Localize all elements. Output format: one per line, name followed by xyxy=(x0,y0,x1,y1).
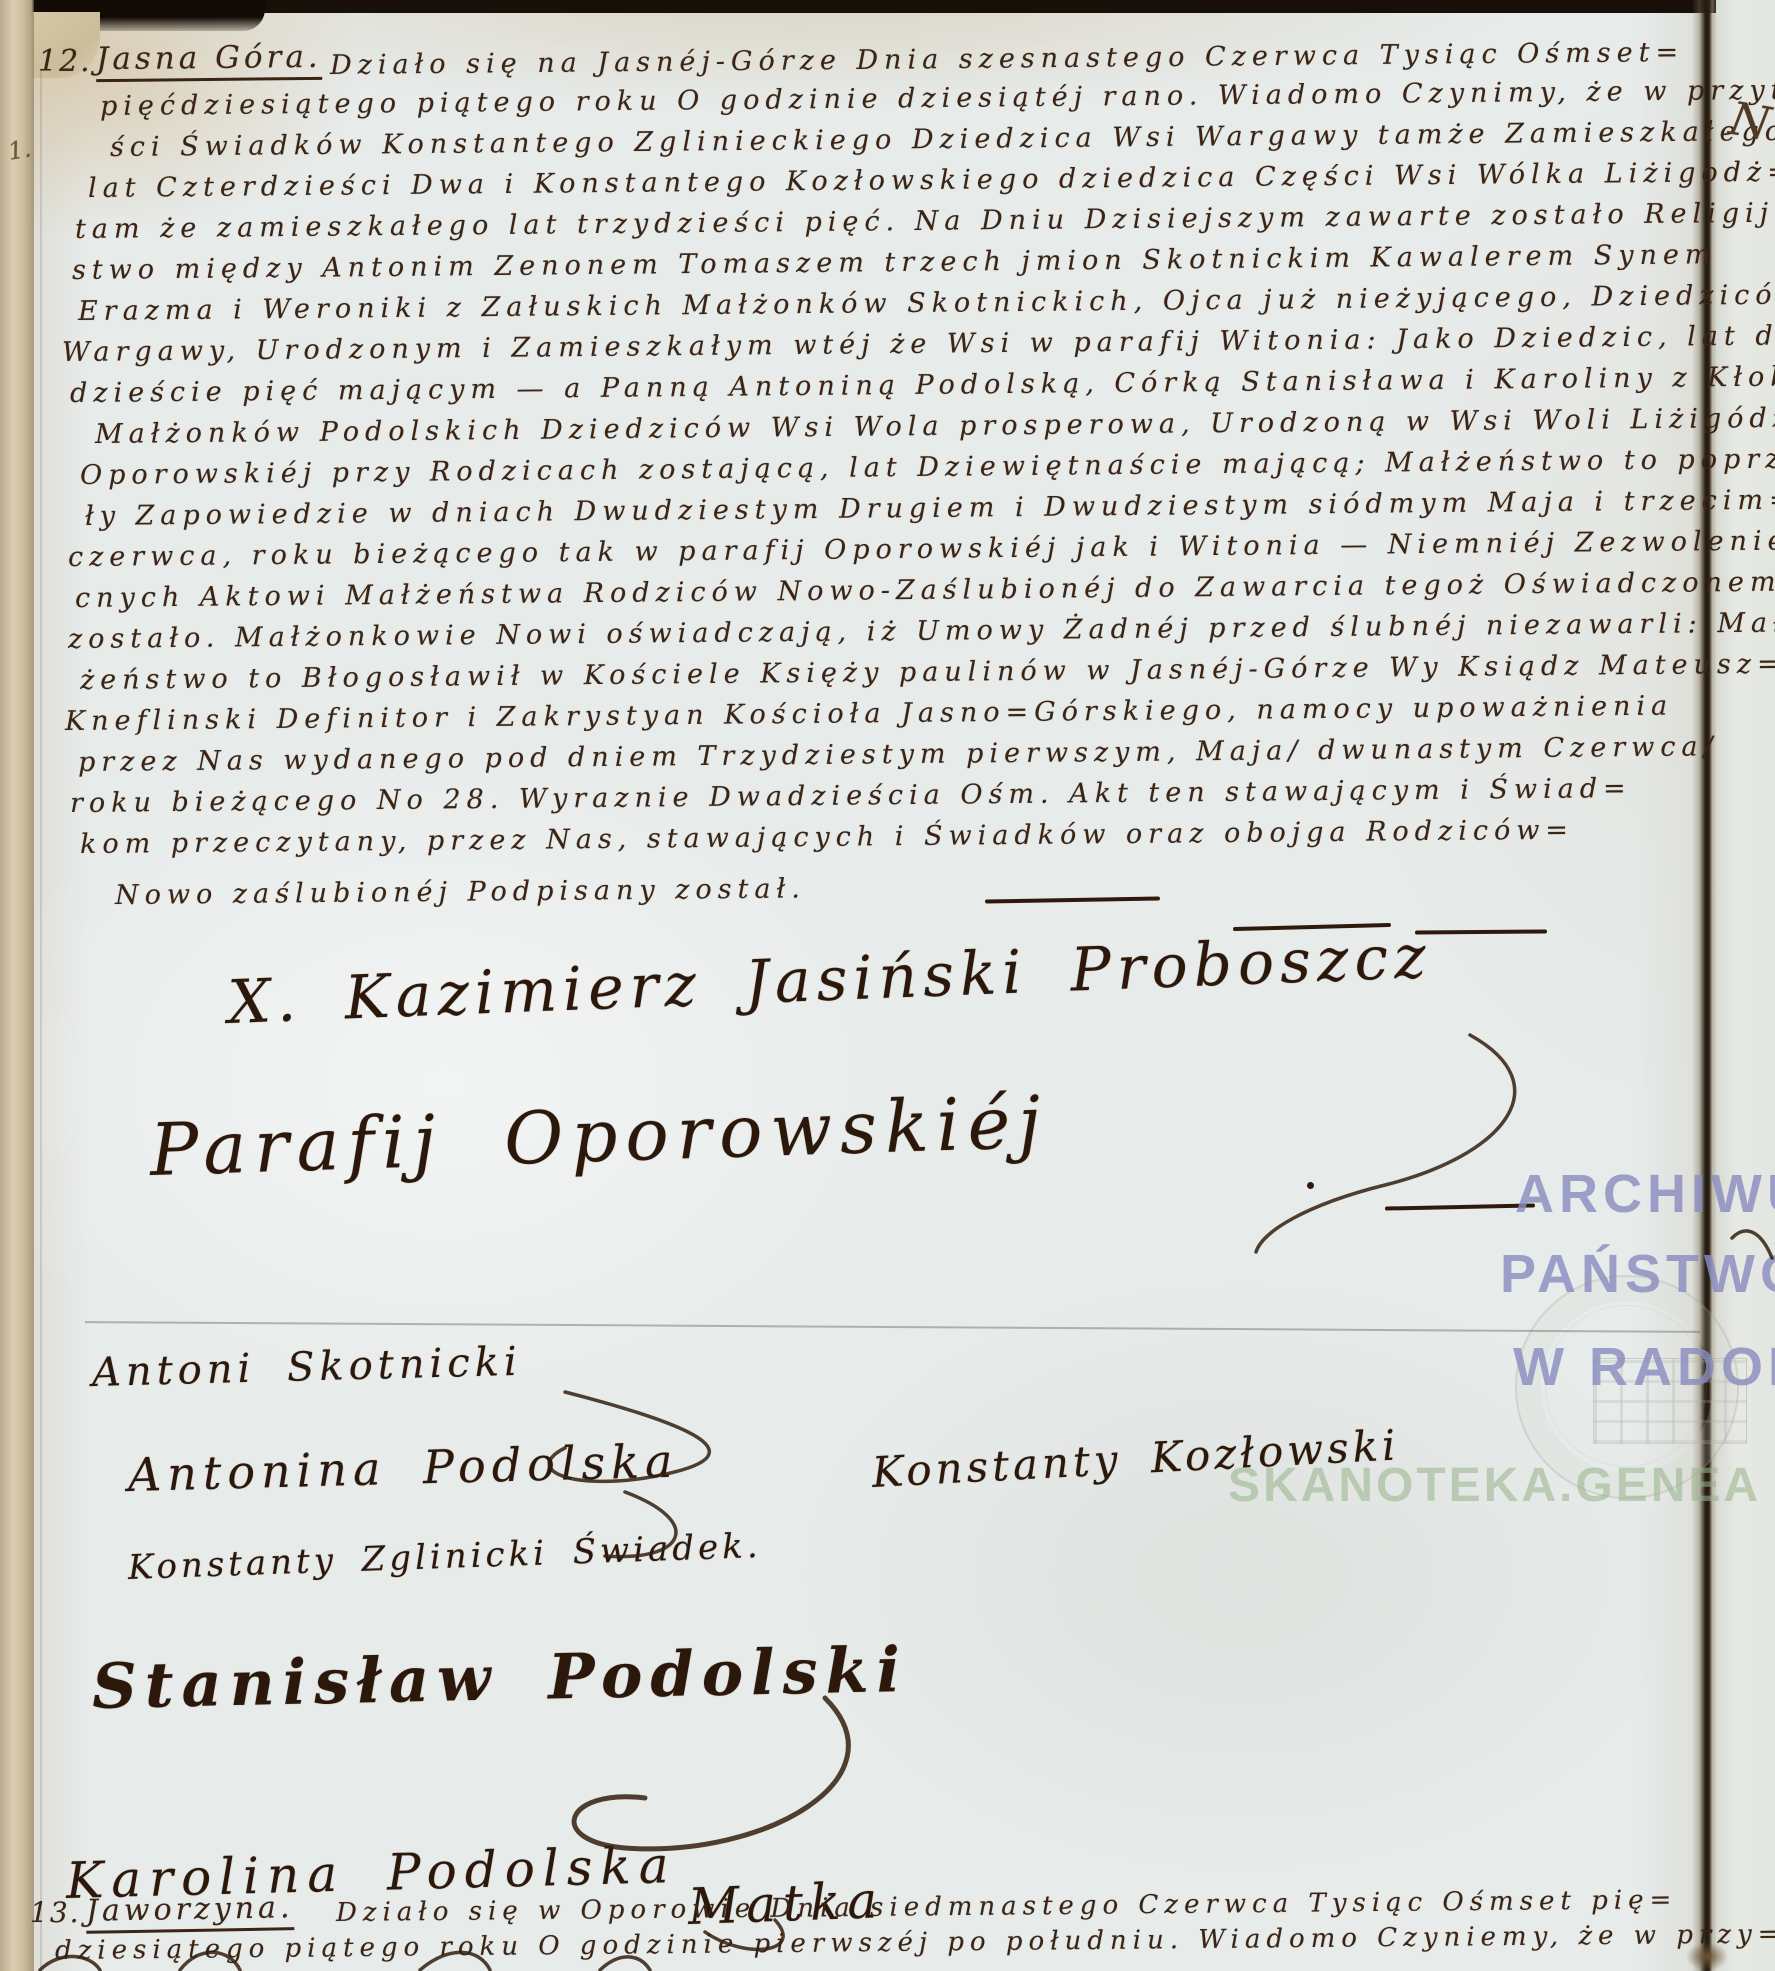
register-page-scan: 12. Jasna Góra. Działo się na Jasnéj-Gór… xyxy=(0,0,1775,1971)
closing-dash xyxy=(1385,1203,1535,1210)
record-13-number: 13. xyxy=(30,1896,81,1929)
left-fold-line xyxy=(40,70,42,1971)
left-margin-mark: 1. xyxy=(6,134,33,166)
record-12-number: 12. xyxy=(38,44,92,79)
closing-dash xyxy=(985,896,1160,903)
flourish-father-loop xyxy=(574,1698,848,1849)
signature-priest: X. Kazimierz Jasiński Proboszcz xyxy=(227,922,1433,1038)
record-12-line: ści Świadków Konstantego Zglinieckiego D… xyxy=(110,116,1775,163)
signature-groom: Antoni Skotnicki xyxy=(91,1339,522,1396)
record-12-line: stwo między Antonim Zenonem Tomaszem trz… xyxy=(72,239,1717,286)
record-12-line: Małżonków Podolskich Dziedziców Wsi Wola… xyxy=(95,401,1775,450)
flourish-proboszcz-tail xyxy=(1256,1035,1515,1252)
record-12-line: lat Czterdzieści Dwa i Konstantego Kozło… xyxy=(88,157,1775,204)
closing-dash xyxy=(1415,929,1547,934)
record-12-line: dzieście pięć mającym — a Panną Antoniną… xyxy=(70,360,1775,409)
record-12-line: Erazma i Weroniki z Załuskich Małżonków … xyxy=(78,278,1775,327)
pencil-rule xyxy=(85,1321,1700,1333)
record-12-line: Wargawy, Urodzonym i Zamieszkałym wtéj ż… xyxy=(62,320,1775,368)
record-12-line: cnych Aktowi Małżeństwa Rodziców Nowo-Za… xyxy=(75,566,1775,614)
left-binding-edge xyxy=(0,0,34,1971)
signature-father: Stanisław Podolski xyxy=(91,1633,908,1723)
watermark-archive-line3: W RADOMIU xyxy=(1513,1336,1775,1398)
record-12-line: żeństwo to Błogosławił w Kościele Księży… xyxy=(80,649,1775,696)
watermark-scanoteka: SKANOTEKA.GENEA xyxy=(1228,1458,1761,1513)
record-12-line: Działo się na Jasnéj-Górze Dnia szesnast… xyxy=(330,37,1684,81)
record-12-line: czerwca, roku bieżącego tak w parafij Op… xyxy=(68,523,1775,573)
record-12-line: Oporowskiéj przy Rodzicach zostającą, la… xyxy=(80,443,1775,491)
record-12-line: tam że zamieszkałego lat trzydzieści pię… xyxy=(75,196,1775,245)
record-12-line: kom przeczytany, przez Nas, stawających … xyxy=(80,815,1574,860)
book-top-edge xyxy=(0,0,1775,13)
watermark-archive-line1: ARCHIWUM xyxy=(1515,1163,1775,1225)
record-12-line: Kneflinski Definitor i Zakrystyan Kościo… xyxy=(65,691,1673,737)
record-12-line: Nowo zaślubionéj Podpisany został. xyxy=(115,873,806,911)
signature-witness-zglinicki: Konstanty Zglinicki Świadek. xyxy=(127,1526,762,1588)
record-12-line: przez Nas wydanego pod dniem Trzydziesty… xyxy=(78,731,1719,778)
record-12-line: pięćdziesiątego piątego roku O godzinie … xyxy=(100,74,1775,122)
record-12-line: roku bieżącego No 28. Wyraznie Dwadzieśc… xyxy=(70,773,1632,819)
signature-parish: Parafij Oporowskiéj xyxy=(149,1080,1050,1192)
record-12-place-title: Jasna Góra. xyxy=(96,39,322,82)
record-12-line: zostało. Małżonkowie Nowi oświadczają, i… xyxy=(68,607,1775,655)
signature-bride: Antonina Podolska xyxy=(127,1434,679,1502)
watermark-archive-line2: PAŃSTWOWE xyxy=(1500,1243,1775,1305)
record-12-line: ły Zapowiedzie w dniach Dwudziestym Drug… xyxy=(85,485,1775,532)
record-13-line: dziesiątego piątego roku O godzinie pier… xyxy=(55,1919,1775,1966)
ink-dot xyxy=(1307,1182,1314,1189)
record-13-place-title: Jaworzyna. xyxy=(86,1890,294,1934)
